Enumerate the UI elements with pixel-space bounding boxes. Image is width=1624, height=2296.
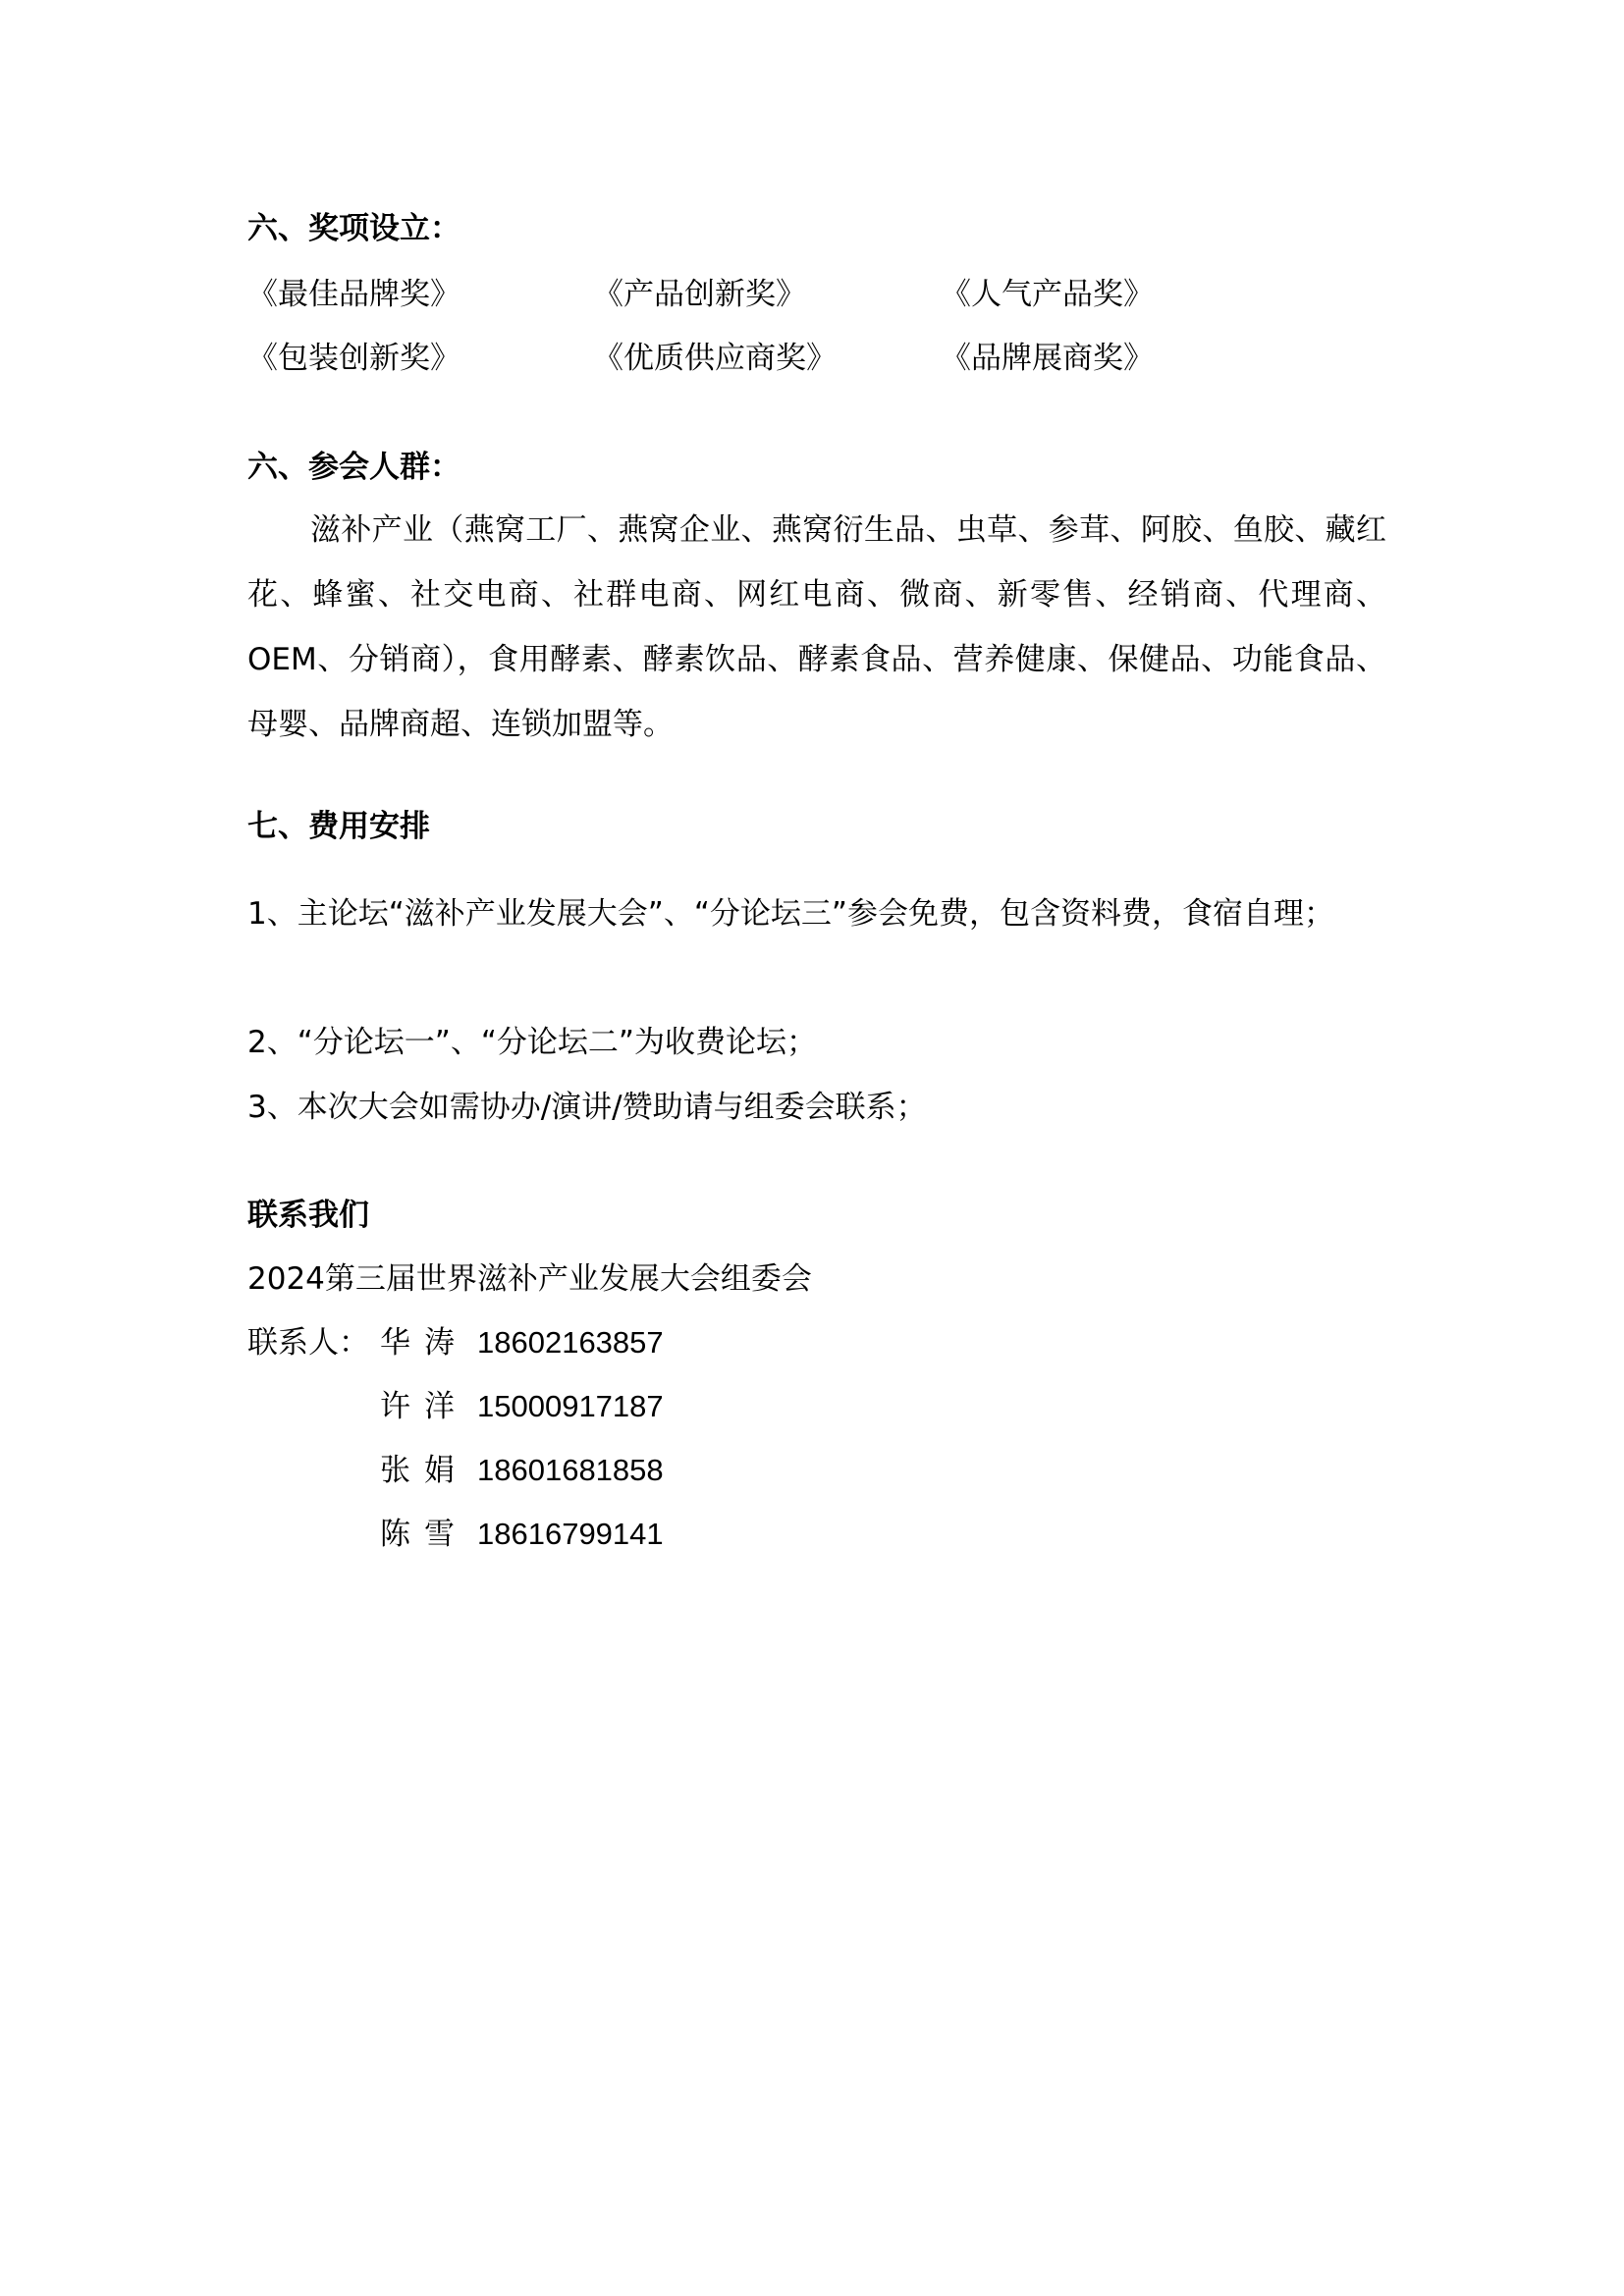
- attendees-body: 滋补产业（燕窝工厂、燕窝企业、燕窝衍生品、虫草、参茸、阿胶、鱼胶、藏红花、蜂蜜、…: [247, 498, 1386, 757]
- fee-item: 3、本次大会如需协办/演讲/赞助请与组委会联系；: [247, 1088, 927, 1127]
- award-item: 《品牌展商奖》: [941, 339, 1154, 378]
- contact-person-name: 张娟: [380, 1451, 468, 1490]
- contact-person-phone: 18602163857: [477, 1323, 664, 1362]
- contact-person-name: 许洋: [380, 1387, 468, 1426]
- contact-label: 联系人：: [247, 1323, 369, 1362]
- award-item: 《人气产品奖》: [941, 275, 1154, 314]
- organizer-name: 2024第三届世界滋补产业发展大会组委会: [247, 1259, 812, 1299]
- attendees-heading: 六、参会人群：: [247, 448, 460, 487]
- award-item: 《最佳品牌奖》: [247, 275, 460, 314]
- awards-heading: 六、奖项设立：: [247, 209, 460, 248]
- contact-person-name: 华涛: [380, 1323, 468, 1362]
- contact-person-name: 陈雪: [380, 1515, 468, 1554]
- contact-person-phone: 18601681858: [477, 1451, 664, 1490]
- award-item: 《产品创新奖》: [593, 275, 806, 314]
- fee-item: 2、“分论坛一”、“分论坛二”为收费论坛；: [247, 1023, 817, 1062]
- contact-person-phone: 15000917187: [477, 1387, 664, 1426]
- fees-heading: 七、费用安排: [247, 807, 430, 846]
- contact-person-phone: 18616799141: [477, 1515, 664, 1554]
- award-item: 《优质供应商奖》: [593, 339, 837, 378]
- award-item: 《包装创新奖》: [247, 339, 460, 378]
- contact-heading: 联系我们: [247, 1196, 369, 1235]
- fee-item: 1、主论坛“滋补产业发展大会”、“分论坛三”参会免费，包含资料费，食宿自理；: [247, 881, 1386, 946]
